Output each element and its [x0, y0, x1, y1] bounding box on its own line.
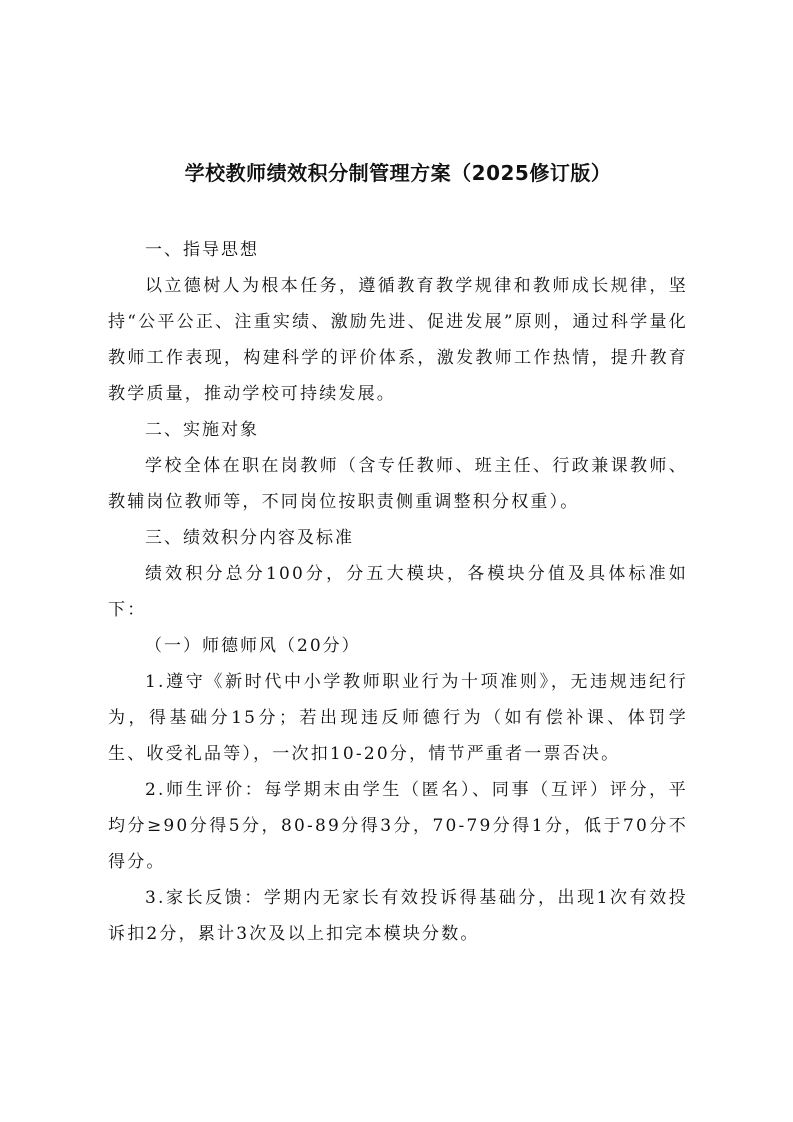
list-item: 3.家长反馈：学期内无家长有效投诉得基础分，出现1次有效投诉扣2分，累计3次及以…	[108, 880, 688, 952]
paragraph: 以立德树人为根本任务，遵循教育教学规律和教师成长规律，坚持“公平公正、注重实绩、…	[108, 268, 688, 412]
paragraph: 学校全体在职在岗教师（含专任教师、班主任、行政兼课教师、教辅岗位教师等，不同岗位…	[108, 448, 688, 520]
paragraph: 绩效积分总分100分，分五大模块，各模块分值及具体标准如下：	[108, 556, 688, 628]
document-title: 学校教师绩效积分制管理方案（2025修订版）	[108, 158, 688, 188]
section-heading-guiding-ideology: 一、指导思想	[108, 232, 688, 268]
section-heading-scope: 二、实施对象	[108, 412, 688, 448]
list-item: 2.师生评价：每学期末由学生（匿名）、同事（互评）评分，平均分≥90分得5分，8…	[108, 772, 688, 880]
subsection-heading-ethics: （一）师德师风（20分）	[108, 628, 688, 664]
document-body: 一、指导思想 以立德树人为根本任务，遵循教育教学规律和教师成长规律，坚持“公平公…	[108, 232, 688, 952]
section-heading-content-standards: 三、绩效积分内容及标准	[108, 520, 688, 556]
list-item: 1.遵守《新时代中小学教师职业行为十项准则》，无违规违纪行为，得基础分15分；若…	[108, 664, 688, 772]
